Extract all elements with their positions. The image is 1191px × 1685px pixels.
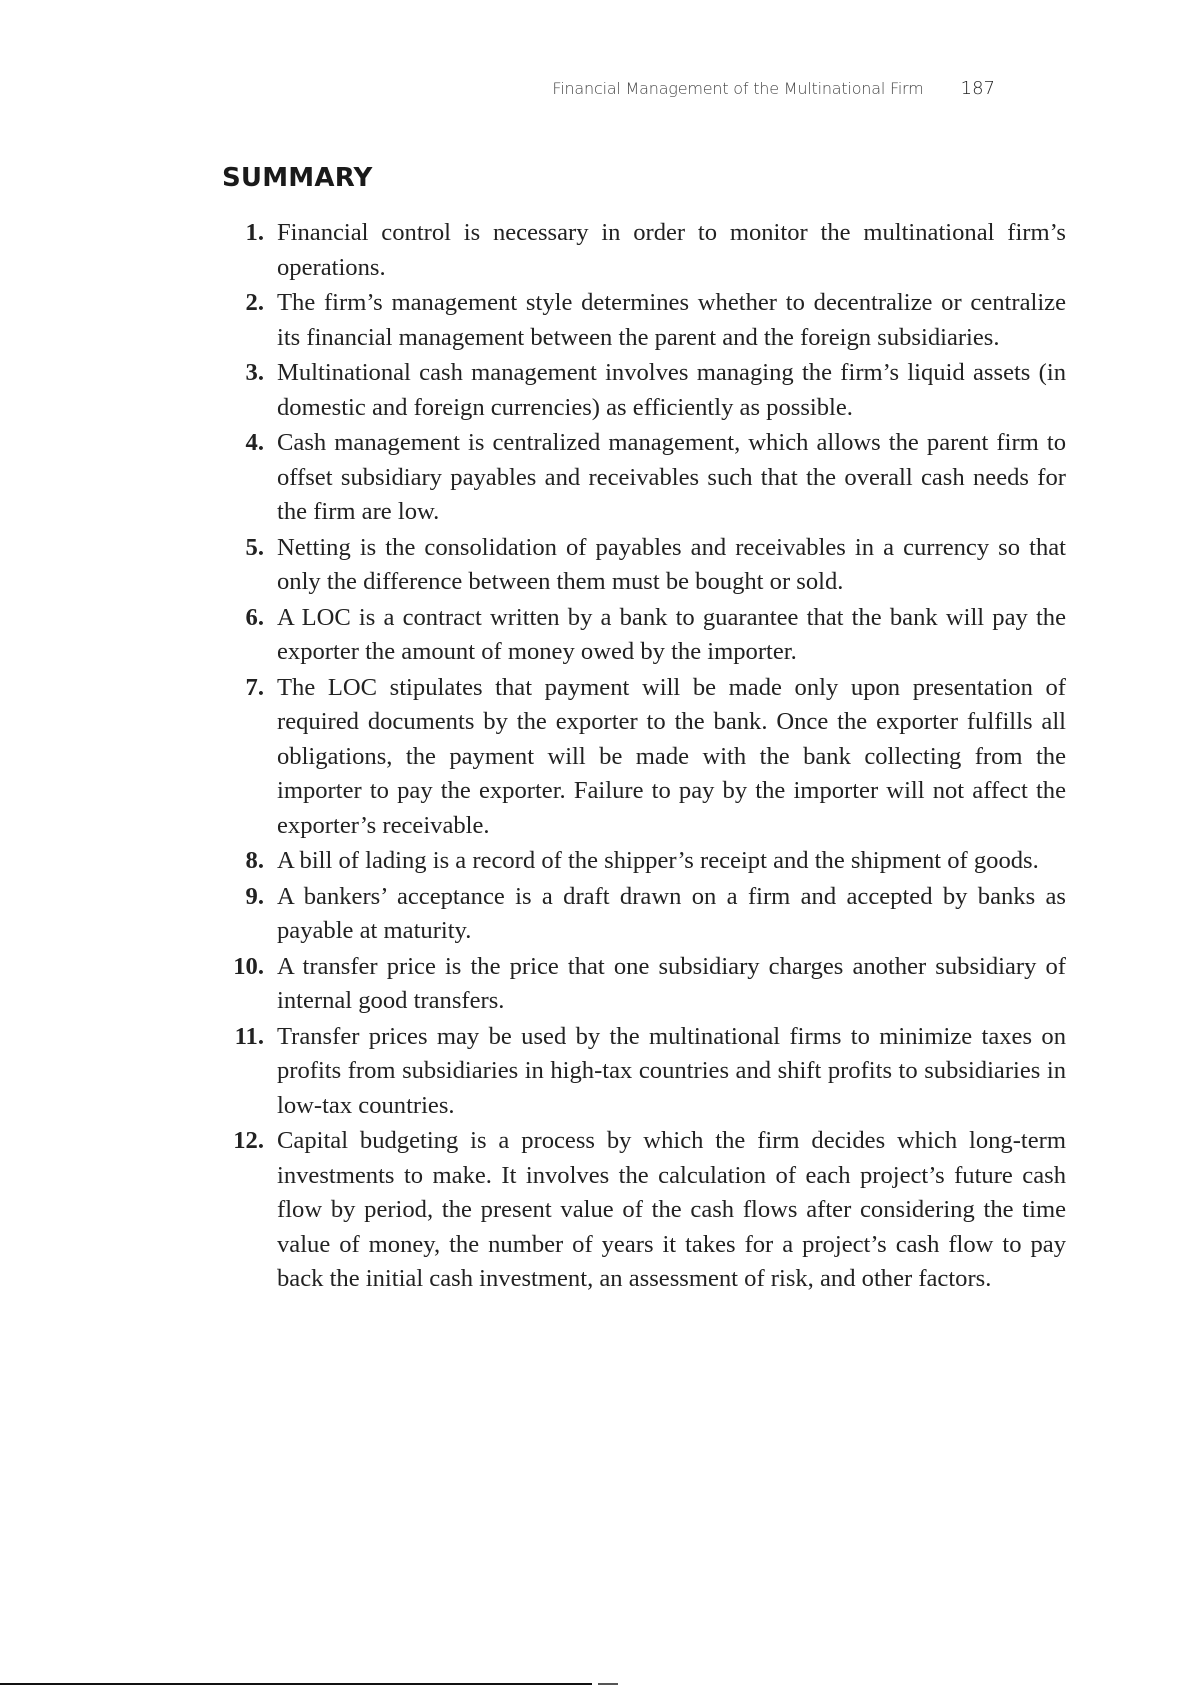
item-number: 6. bbox=[200, 601, 277, 670]
list-item: 9.A bankers’ acceptance is a draft drawn… bbox=[200, 880, 1066, 949]
item-number: 7. bbox=[200, 671, 277, 844]
item-number: 1. bbox=[200, 216, 277, 285]
item-text: The firm’s management style determines w… bbox=[277, 286, 1066, 355]
item-text: A LOC is a contract written by a bank to… bbox=[277, 601, 1066, 670]
list-item: 7.The LOC stipulates that payment will b… bbox=[200, 671, 1066, 844]
item-number: 4. bbox=[200, 426, 277, 530]
item-number: 10. bbox=[200, 950, 277, 1019]
list-item: 12.Capital budgeting is a process by whi… bbox=[200, 1124, 1066, 1297]
item-text: Netting is the consolidation of payables… bbox=[277, 531, 1066, 600]
running-header: Financial Management of the Multinationa… bbox=[552, 78, 995, 99]
list-item: 5.Netting is the consolidation of payabl… bbox=[200, 531, 1066, 600]
item-text: Transfer prices may be used by the multi… bbox=[277, 1020, 1066, 1124]
item-number: 8. bbox=[200, 844, 277, 879]
list-item: 6.A LOC is a contract written by a bank … bbox=[200, 601, 1066, 670]
summary-list: 1.Financial control is necessary in orde… bbox=[200, 216, 1066, 1298]
item-number: 3. bbox=[200, 356, 277, 425]
list-item: 1.Financial control is necessary in orde… bbox=[200, 216, 1066, 285]
item-number: 11. bbox=[200, 1020, 277, 1124]
item-text: Cash management is centralized managemen… bbox=[277, 426, 1066, 530]
list-item: 8.A bill of lading is a record of the sh… bbox=[200, 844, 1066, 879]
item-number: 9. bbox=[200, 880, 277, 949]
item-text: A bill of lading is a record of the ship… bbox=[277, 844, 1066, 879]
item-number: 2. bbox=[200, 286, 277, 355]
section-heading: SUMMARY bbox=[222, 163, 373, 193]
item-text: The LOC stipulates that payment will be … bbox=[277, 671, 1066, 844]
item-text: Capital budgeting is a process by which … bbox=[277, 1124, 1066, 1297]
page-number: 187 bbox=[961, 78, 995, 99]
list-item: 2.The firm’s management style determines… bbox=[200, 286, 1066, 355]
item-text: A bankers’ acceptance is a draft drawn o… bbox=[277, 880, 1066, 949]
item-number: 12. bbox=[200, 1124, 277, 1297]
list-item: 3.Multinational cash management involves… bbox=[200, 356, 1066, 425]
item-text: Financial control is necessary in order … bbox=[277, 216, 1066, 285]
list-item: 11.Transfer prices may be used by the mu… bbox=[200, 1020, 1066, 1124]
list-item: 4.Cash management is centralized managem… bbox=[200, 426, 1066, 530]
item-text: A transfer price is the price that one s… bbox=[277, 950, 1066, 1019]
item-number: 5. bbox=[200, 531, 277, 600]
list-item: 10.A transfer price is the price that on… bbox=[200, 950, 1066, 1019]
running-title: Financial Management of the Multinationa… bbox=[552, 79, 923, 98]
item-text: Multinational cash management involves m… bbox=[277, 356, 1066, 425]
